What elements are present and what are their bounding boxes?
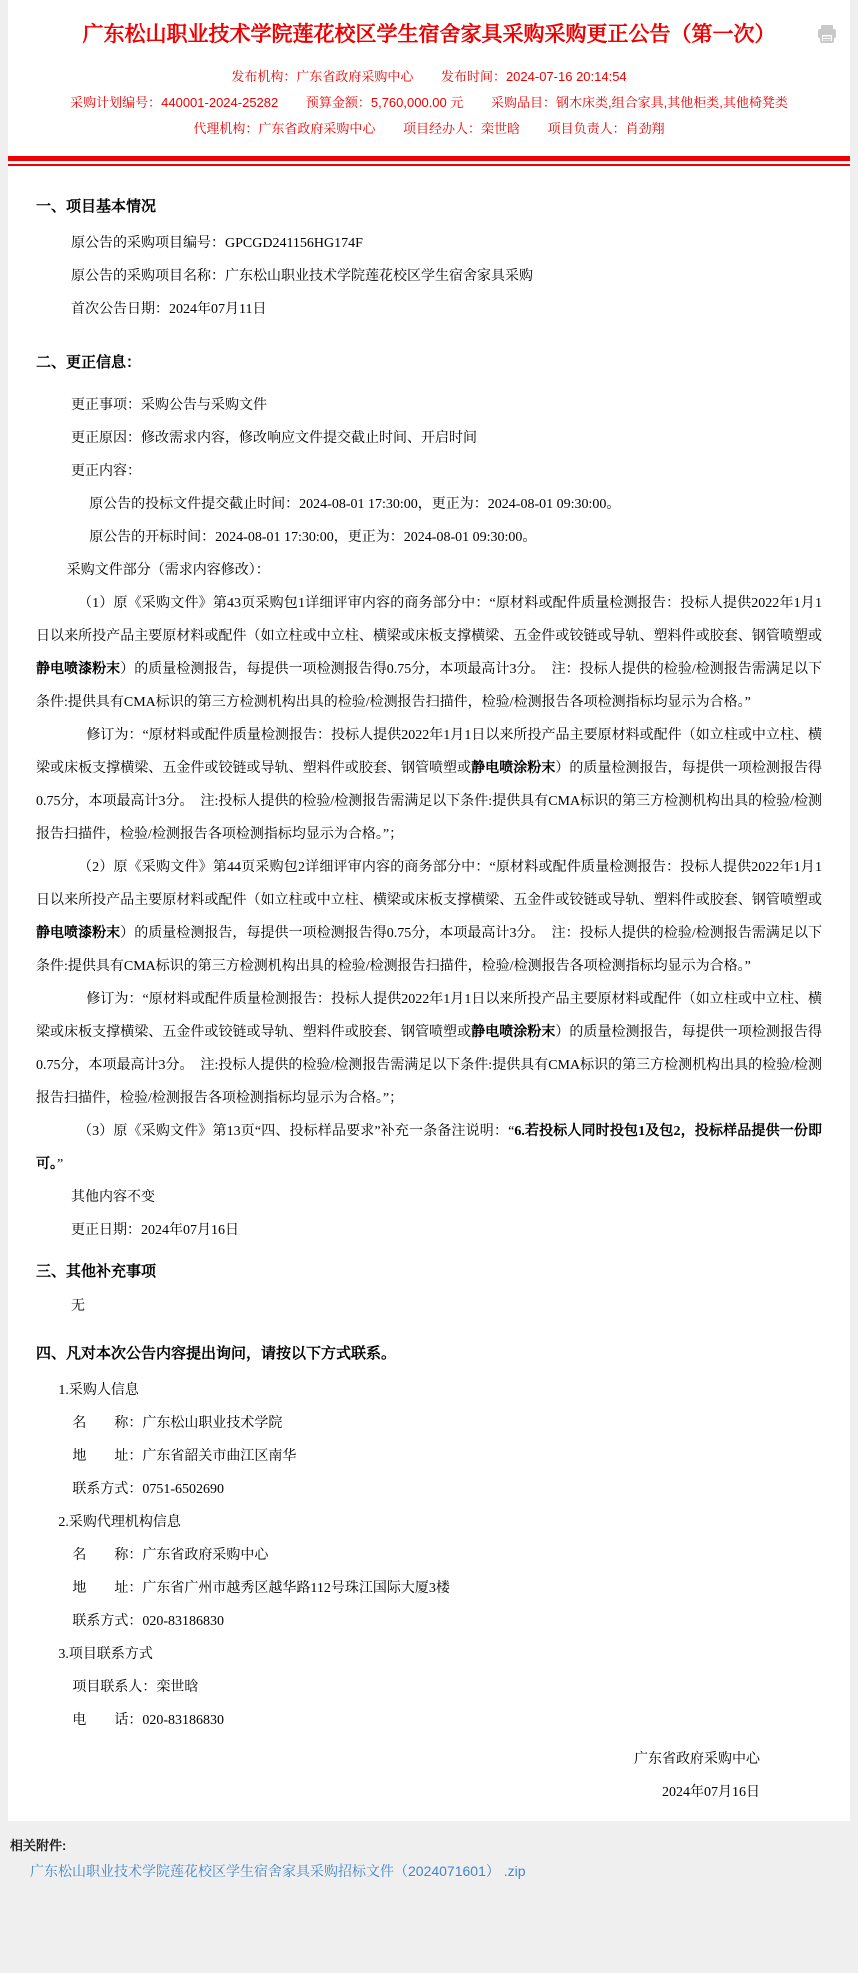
original-project-name: 原公告的采购项目名称：广东松山职业技术学院莲花校区学生宿舍家具采购: [36, 260, 822, 293]
correction-date: 更正日期：2024年07月16日: [36, 1214, 822, 1247]
item1-bold-text: 静电喷漆粉末: [36, 662, 120, 677]
meta-handler: 项目经办人：栾世晗: [403, 121, 520, 136]
correction-content-label: 更正内容：: [36, 455, 822, 488]
item3-text: （3）原《采购文件》第13页“四、投标样品要求”补充一条备注说明：“: [78, 1124, 514, 1139]
announcement-body: 一、项目基本情况 原公告的采购项目编号：GPCGD241156HG174F 原公…: [8, 196, 850, 1809]
open-time-change: 原公告的开标时间：2024-08-01 17:30:00，更正为：2024-08…: [36, 521, 822, 554]
announcement-page: 广东松山职业技术学院莲花校区学生宿舍家具采购采购更正公告（第一次） 发布机构：广…: [8, 0, 850, 1821]
signature-org: 广东省政府采购中心: [36, 1743, 760, 1776]
original-project-number: 原公告的采购项目编号：GPCGD241156HG174F: [36, 227, 822, 260]
meta-info: 发布机构：广东省政府采购中心 发布时间：2024-07-16 20:14:54 …: [8, 64, 850, 142]
doc-part-label: 采购文件部分（需求内容修改）：: [36, 554, 822, 587]
item2-text-end: ）的质量检测报告，每提供一项检测报告得0.75分，本项最高计3分。 注：投标人提…: [36, 926, 822, 974]
meta-budget: 预算金额：5,760,000.00 元: [306, 95, 464, 110]
section-4-heading: 四、凡对本次公告内容提出询问，请按以下方式联系。: [36, 1343, 822, 1364]
meta-plan-number: 采购计划编号：440001-2024-25282: [70, 95, 278, 110]
section-2-heading: 二、更正信息：: [36, 352, 822, 373]
correction-reason: 更正原因：修改需求内容，修改响应文件提交截止时间、开启时间: [36, 422, 822, 455]
item2-bold-text: 静电喷漆粉末: [36, 926, 120, 941]
item3-text-end: ”: [57, 1157, 63, 1172]
buyer-name: 名 称：广东松山职业技术学院: [36, 1407, 822, 1440]
signature-date: 2024年07月16日: [36, 1776, 760, 1809]
item2-text: （2）原《采购文件》第44页采购包2详细评审内容的商务部分中：“原材料或配件质量…: [36, 860, 822, 908]
agency-contact: 联系方式：020-83186830: [36, 1605, 822, 1638]
meta-publish-time: 发布时间：2024-07-16 20:14:54: [441, 69, 627, 84]
printer-icon: [816, 24, 838, 44]
rev1-bold-text: 静电喷涂粉末: [471, 761, 555, 776]
buyer-info-title: 1.采购人信息: [36, 1374, 822, 1407]
correction-item-1: （1）原《采购文件》第43页采购包1详细评审内容的商务部分中：“原材料或配件质量…: [36, 587, 822, 719]
first-announce-date: 首次公告日期：2024年07月11日: [36, 293, 822, 326]
item1-text: （1）原《采购文件》第43页采购包1详细评审内容的商务部分中：“原材料或配件质量…: [36, 596, 822, 644]
buyer-contact: 联系方式：0751-6502690: [36, 1473, 822, 1506]
agency-address: 地 址：广东省广州市越秀区越华路112号珠江国际大厦3楼: [36, 1572, 822, 1605]
meta-row-2: 采购计划编号：440001-2024-25282 预算金额：5,760,000.…: [8, 90, 850, 116]
meta-agency: 代理机构：广东省政府采购中心: [193, 121, 375, 136]
project-contact-phone: 电 话：020-83186830: [36, 1704, 822, 1737]
rev2-bold-text: 静电喷涂粉末: [471, 1025, 555, 1040]
attachment-download-link[interactable]: 广东松山职业技术学院莲花校区学生宿舍家具采购招标文件（2024071601） .…: [30, 1861, 526, 1881]
print-button[interactable]: [816, 24, 838, 44]
signature-block: 广东省政府采购中心 2024年07月16日: [36, 1743, 822, 1809]
attachments-label: 相关附件:: [10, 1837, 848, 1855]
item1-text-end: ）的质量检测报告，每提供一项检测报告得0.75分，本项最高计3分。 注：投标人提…: [36, 662, 822, 710]
bid-deadline-change: 原公告的投标文件提交截止时间：2024-08-01 17:30:00，更正为：2…: [36, 488, 822, 521]
correction-item: 更正事项：采购公告与采购文件: [36, 389, 822, 422]
attachments-section: 相关附件: 广东松山职业技术学院莲花校区学生宿舍家具采购招标文件（2024071…: [0, 1821, 858, 1881]
meta-leader: 项目负责人：肖劲翔: [548, 121, 665, 136]
meta-row-3: 代理机构：广东省政府采购中心 项目经办人：栾世晗 项目负责人：肖劲翔: [8, 116, 850, 142]
buyer-address: 地 址：广东省韶关市曲江区南华: [36, 1440, 822, 1473]
revision-1: 修订为：“原材料或配件质量检测报告：投标人提供2022年1月1日以来所投产品主要…: [36, 719, 822, 851]
section-1-heading: 一、项目基本情况: [36, 196, 822, 217]
meta-publish-org: 发布机构：广东省政府采购中心: [231, 69, 413, 84]
red-divider: [8, 156, 850, 166]
agency-info-title: 2.采购代理机构信息: [36, 1506, 822, 1539]
project-contact-title: 3.项目联系方式: [36, 1638, 822, 1671]
project-contact-person: 项目联系人：栾世晗: [36, 1671, 822, 1704]
correction-item-3: （3）原《采购文件》第13页“四、投标样品要求”补充一条备注说明：“6.若投标人…: [36, 1115, 822, 1181]
revision-2: 修订为：“原材料或配件质量检测报告：投标人提供2022年1月1日以来所投产品主要…: [36, 983, 822, 1115]
page-title: 广东松山职业技术学院莲花校区学生宿舍家具采购采购更正公告（第一次）: [8, 0, 850, 48]
other-unchanged: 其他内容不变: [36, 1181, 822, 1214]
meta-category: 采购品目：钢木床类,组合家具,其他柜类,其他椅凳类: [491, 95, 788, 110]
section-3-heading: 三、其他补充事项: [36, 1261, 822, 1282]
correction-item-2: （2）原《采购文件》第44页采购包2详细评审内容的商务部分中：“原材料或配件质量…: [36, 851, 822, 983]
section-3-none: 无: [36, 1290, 822, 1323]
meta-row-1: 发布机构：广东省政府采购中心 发布时间：2024-07-16 20:14:54: [8, 64, 850, 90]
agency-name: 名 称：广东省政府采购中心: [36, 1539, 822, 1572]
